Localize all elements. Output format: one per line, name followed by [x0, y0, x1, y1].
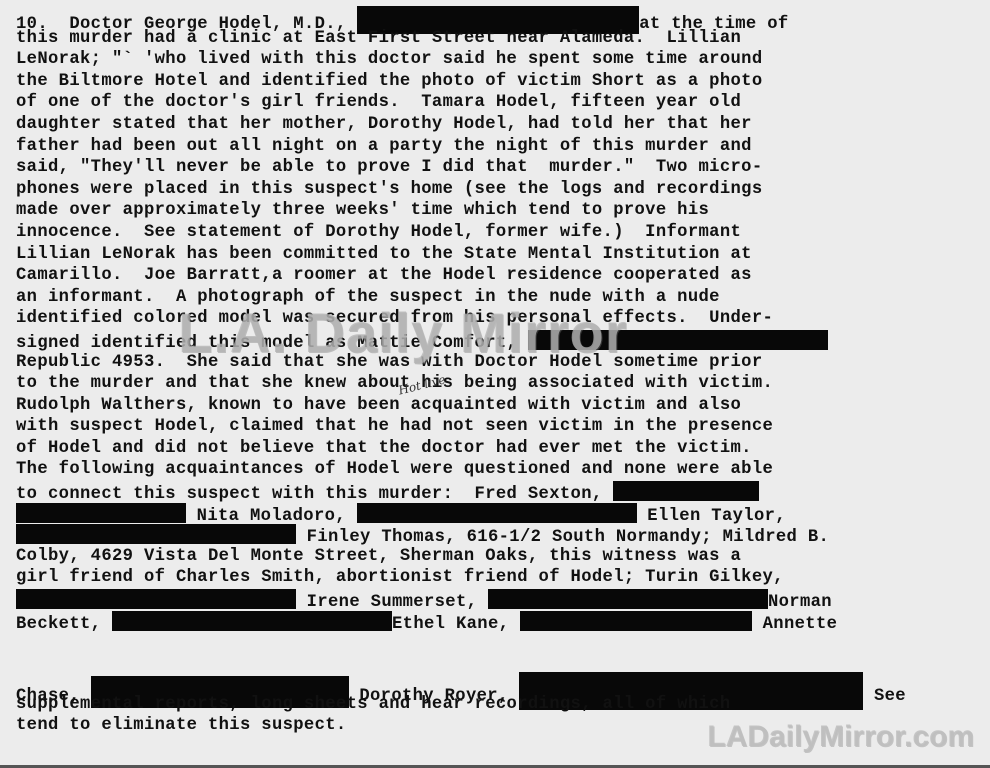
text-line: The following acquaintances of Hodel wer… [16, 459, 986, 481]
text-line: to connect this suspect with this murder… [16, 481, 986, 503]
text-line: father had been out all night on a party… [16, 136, 986, 158]
text-line: Rudolph Walthers, known to have been acq… [16, 395, 986, 417]
line-text: of one of the doctor's girl friends. Tam… [16, 93, 741, 112]
redaction-block [488, 589, 768, 609]
line-text: this murder had a clinic at East First S… [16, 29, 741, 48]
text-line: the Biltmore Hotel and identified the ph… [16, 71, 986, 93]
line-text: Finley Thomas, 616-1/2 South Normandy; M… [296, 528, 829, 547]
line-text: LeNorak; "` 'who lived with this doctor … [16, 50, 763, 69]
line-text: supplemental reports, long sheets and he… [16, 695, 731, 714]
text-line: Chase, Dorothy Royer, See [16, 672, 986, 694]
text-line: of one of the doctor's girl friends. Tam… [16, 92, 986, 114]
line-text: tend to eliminate this suspect. [16, 716, 347, 735]
line-text: Ellen Taylor, [637, 507, 786, 526]
line-text: to connect this suspect with this murder… [16, 485, 613, 504]
line-text: Rudolph Walthers, known to have been acq… [16, 396, 741, 415]
line-text: of Hodel and did not believe that the do… [16, 439, 752, 458]
line-text: Colby, 4629 Vista Del Monte Street, Sher… [16, 547, 741, 566]
text-line: Colby, 4629 Vista Del Monte Street, Sher… [16, 546, 986, 568]
line-text: with suspect Hodel, claimed that he had … [16, 417, 773, 436]
line-text: the Biltmore Hotel and identified the ph… [16, 72, 763, 91]
line-text: Norman [768, 593, 832, 612]
text-line: with suspect Hodel, claimed that he had … [16, 416, 986, 438]
text-line: made over approximately three weeks' tim… [16, 200, 986, 222]
text-line: Camarillo. Joe Barratt,a roomer at the H… [16, 265, 986, 287]
line-text: Annette [752, 615, 837, 634]
text-line: LeNorak; "` 'who lived with this doctor … [16, 49, 986, 71]
text-line: supplemental reports, long sheets and he… [16, 694, 986, 716]
watermark-center: L.A. Daily Mirror [178, 300, 628, 365]
redaction-block [520, 611, 752, 631]
text-line: daughter stated that her mother, Dorothy… [16, 114, 986, 136]
line-text: Beckett, [16, 615, 112, 634]
line-text: to the murder and that she knew about hi… [16, 374, 773, 393]
page-gap [16, 632, 986, 672]
redaction-block [357, 503, 637, 523]
line-text: Lillian LeNorak has been committed to th… [16, 245, 752, 264]
line-text: The following acquaintances of Hodel wer… [16, 460, 773, 479]
watermark-corner: LADailyMirror.com [707, 720, 974, 754]
text-line: of Hodel and did not believe that the do… [16, 438, 986, 460]
line-text: Nita Moladoro, [186, 507, 357, 526]
text-line: phones were placed in this suspect's hom… [16, 179, 986, 201]
text-line: girl friend of Charles Smith, abortionis… [16, 567, 986, 589]
text-line: said, "They'll never be able to prove I … [16, 157, 986, 179]
text-line: Nita Moladoro, Ellen Taylor, [16, 503, 986, 525]
line-text: father had been out all night on a party… [16, 137, 752, 156]
line-text: girl friend of Charles Smith, abortionis… [16, 568, 784, 587]
document-page: 10. Doctor George Hodel, M.D., at the ti… [0, 0, 990, 768]
text-line: Lillian LeNorak has been committed to th… [16, 244, 986, 266]
text-line: Irene Summerset, Norman [16, 589, 986, 611]
typewritten-report: 10. Doctor George Hodel, M.D., at the ti… [16, 6, 986, 737]
text-line: 10. Doctor George Hodel, M.D., at the ti… [16, 6, 986, 28]
redaction-block [16, 503, 186, 523]
line-text: said, "They'll never be able to prove I … [16, 158, 763, 177]
line-text: daughter stated that her mother, Dorothy… [16, 115, 752, 134]
line-text: made over approximately three weeks' tim… [16, 201, 709, 220]
text-line: to the murder and that she knew about hi… [16, 373, 986, 395]
redaction-block [16, 524, 296, 544]
text-line: this murder had a clinic at East First S… [16, 28, 986, 50]
line-text: phones were placed in this suspect's hom… [16, 180, 763, 199]
text-line: Beckett, Ethel Kane, Annette [16, 611, 986, 633]
redaction-block [16, 589, 296, 609]
redaction-block [613, 481, 759, 501]
line-text: Irene Summerset, [296, 593, 488, 612]
text-line: Finley Thomas, 616-1/2 South Normandy; M… [16, 524, 986, 546]
text-line: innocence. See statement of Dorothy Hode… [16, 222, 986, 244]
line-text: Ethel Kane, [392, 615, 520, 634]
redaction-block [112, 611, 392, 631]
line-text: Camarillo. Joe Barratt,a roomer at the H… [16, 266, 752, 285]
line-text: innocence. See statement of Dorothy Hode… [16, 223, 741, 242]
